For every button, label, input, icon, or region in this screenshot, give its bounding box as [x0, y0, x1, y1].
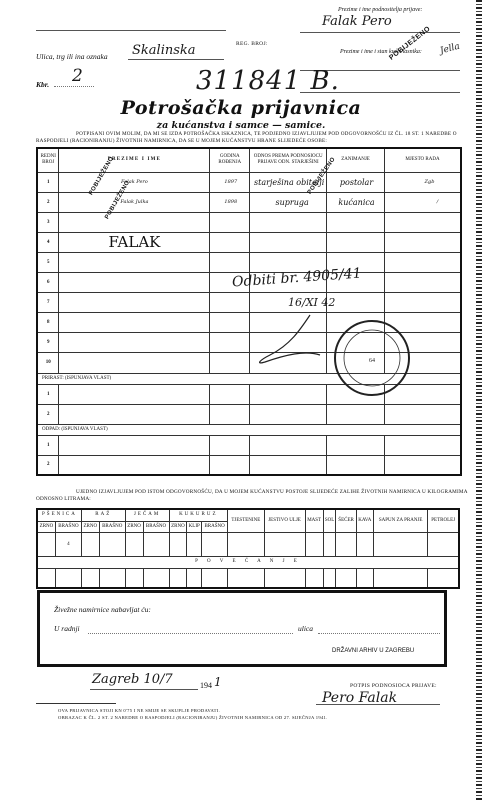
person-name: Falak Pero — [59, 172, 210, 192]
col-header-name: Prezime i ime — [59, 148, 210, 172]
street2-label: ulica — [298, 624, 313, 633]
person-name: FALAK — [59, 232, 210, 252]
supplies-intro-text: Ujedno izjavljujem pod istom odgovornošć… — [36, 489, 472, 503]
signature-label: Potpis podnosioca prijave: — [350, 683, 437, 689]
person-year: 1898 — [210, 192, 250, 212]
shop-field-line — [88, 633, 293, 634]
person-relation: supruga — [250, 192, 327, 212]
signature-line — [316, 704, 440, 705]
col-header-relation: Odnos prema podnosiocu prijave odn. star… — [250, 148, 327, 172]
reg-label: REG. BROJ: — [236, 41, 268, 47]
registered-stamp: POBIJEŽENO — [388, 25, 432, 61]
place-date-line — [90, 689, 198, 690]
form-title: Potrošačka prijavnica — [0, 97, 482, 119]
street-line — [128, 59, 224, 60]
persons-header-row: Redni broj Prezime i ime Godina rođenja … — [37, 148, 461, 172]
povecanje-values-row — [37, 568, 459, 588]
year-prefix: 194 — [200, 681, 212, 690]
shop-label: U radnji — [54, 624, 80, 633]
procurement-heading: Živežne namirnice nabavljat ću: — [54, 605, 151, 614]
supplies-values-row: 4 — [37, 532, 459, 556]
group-header-kukuruz: Kukuruz — [169, 509, 228, 521]
col-header-sol: Sol — [323, 509, 336, 532]
col-header-no: Redni broj — [37, 148, 59, 172]
year-suffix: 1 — [214, 675, 222, 689]
table-row: 4 FALAK — [37, 232, 461, 252]
table-row: 1 — [37, 435, 461, 455]
col-header-petrolej: Petrolej — [428, 509, 459, 532]
kbr-line — [54, 86, 94, 87]
group-header-raz: Raž — [81, 509, 125, 521]
svg-text:64: 64 — [369, 358, 375, 364]
person-workplace: Zgb — [384, 172, 461, 192]
kbr-value: 2 — [72, 66, 83, 86]
col-header-mast: Mast — [305, 509, 323, 532]
street-label: Ulica, trg ili ina oznaka — [36, 52, 108, 61]
reg-value: 311841 B. — [196, 66, 340, 96]
group-header-psenica: Pšenica — [37, 509, 81, 521]
table-row: 2 — [37, 404, 461, 424]
col-header-secer: Šećer — [336, 509, 356, 532]
povecanje-row: P o v e ć a n j e — [37, 556, 459, 568]
procurement-box: Živežne namirnice nabavljat ću: U radnji… — [37, 590, 447, 667]
col-header-kava: Kava — [356, 509, 373, 532]
price-note: Ova prijavnica stoji Kn 0'75 i ne smije … — [58, 708, 220, 713]
person-name: Falak Julka — [59, 192, 210, 212]
kbr-label: Kbr. — [36, 80, 49, 89]
form-subtitle: za kućanstva i samce — samice. — [0, 120, 482, 131]
supplies-table: Pšenica Raž Ječam Kukuruz Tjestenine Jes… — [36, 508, 460, 589]
torn-page-edge — [476, 0, 482, 800]
annotation-line2: 16/XI 42 — [288, 296, 335, 309]
group-header-jecam: Ječam — [125, 509, 169, 521]
odpad-label: Odpad: (ispunjava vlast) — [37, 424, 461, 435]
place-date-value: Zagreb 10/7 — [92, 672, 173, 687]
form-reference-note: Obrazac k čl. 2 st. 2 naredbe o raspodje… — [58, 715, 328, 720]
person-occupation: kućanica — [327, 192, 385, 212]
signature-scribble-icon — [250, 310, 340, 370]
table-row: 7 — [37, 292, 461, 312]
stamp-emblem-icon: 64 — [336, 322, 408, 394]
householder-value: Jella — [439, 42, 461, 57]
person-occupation: postolar — [327, 172, 385, 192]
table-row: 5 — [37, 252, 461, 272]
householder-label: Prezime i ime i stan kućevlasnika: — [340, 49, 422, 55]
footer-rule — [36, 703, 116, 704]
applicant-value: Falak Pero — [322, 14, 392, 29]
applicant-line — [300, 32, 460, 33]
povecanje-label: P o v e ć a n j e — [37, 556, 459, 568]
official-round-stamp: 64 — [334, 320, 410, 396]
col-header-sapun: Sapun za pranje — [373, 509, 427, 532]
col-header-year: Godina rođenja — [210, 148, 250, 172]
odpad-row: Odpad: (ispunjava vlast) — [37, 424, 461, 435]
street2-field-line — [318, 633, 440, 634]
persons-table: Redni broj Prezime i ime Godina rođenja … — [36, 147, 462, 476]
col-header-ulje: Jestivo ulje — [264, 509, 305, 532]
col-header-workplace: Mjesto rada — [384, 148, 461, 172]
top-blank-line — [36, 30, 226, 31]
table-row: 3 — [37, 212, 461, 232]
table-row: 2 — [37, 455, 461, 475]
person-workplace: / — [384, 192, 461, 212]
intro-text: Potpisani ovim molim, da mi se izda potr… — [36, 131, 472, 145]
supplies-group-header-row: Pšenica Raž Ječam Kukuruz Tjestenine Jes… — [37, 509, 459, 521]
col-header-tjestenine: Tjestenine — [228, 509, 264, 532]
person-year: 1897 — [210, 172, 250, 192]
table-row: 2 Falak Julka 1898 supruga kućanica / — [37, 192, 461, 212]
archive-stamp: DRŽAVNI ARHIV U ZAGREBU — [332, 648, 414, 654]
street-value: Skalinska — [132, 43, 196, 58]
applicant-label: Prezime i ime podnositelja prijave: — [338, 7, 422, 13]
